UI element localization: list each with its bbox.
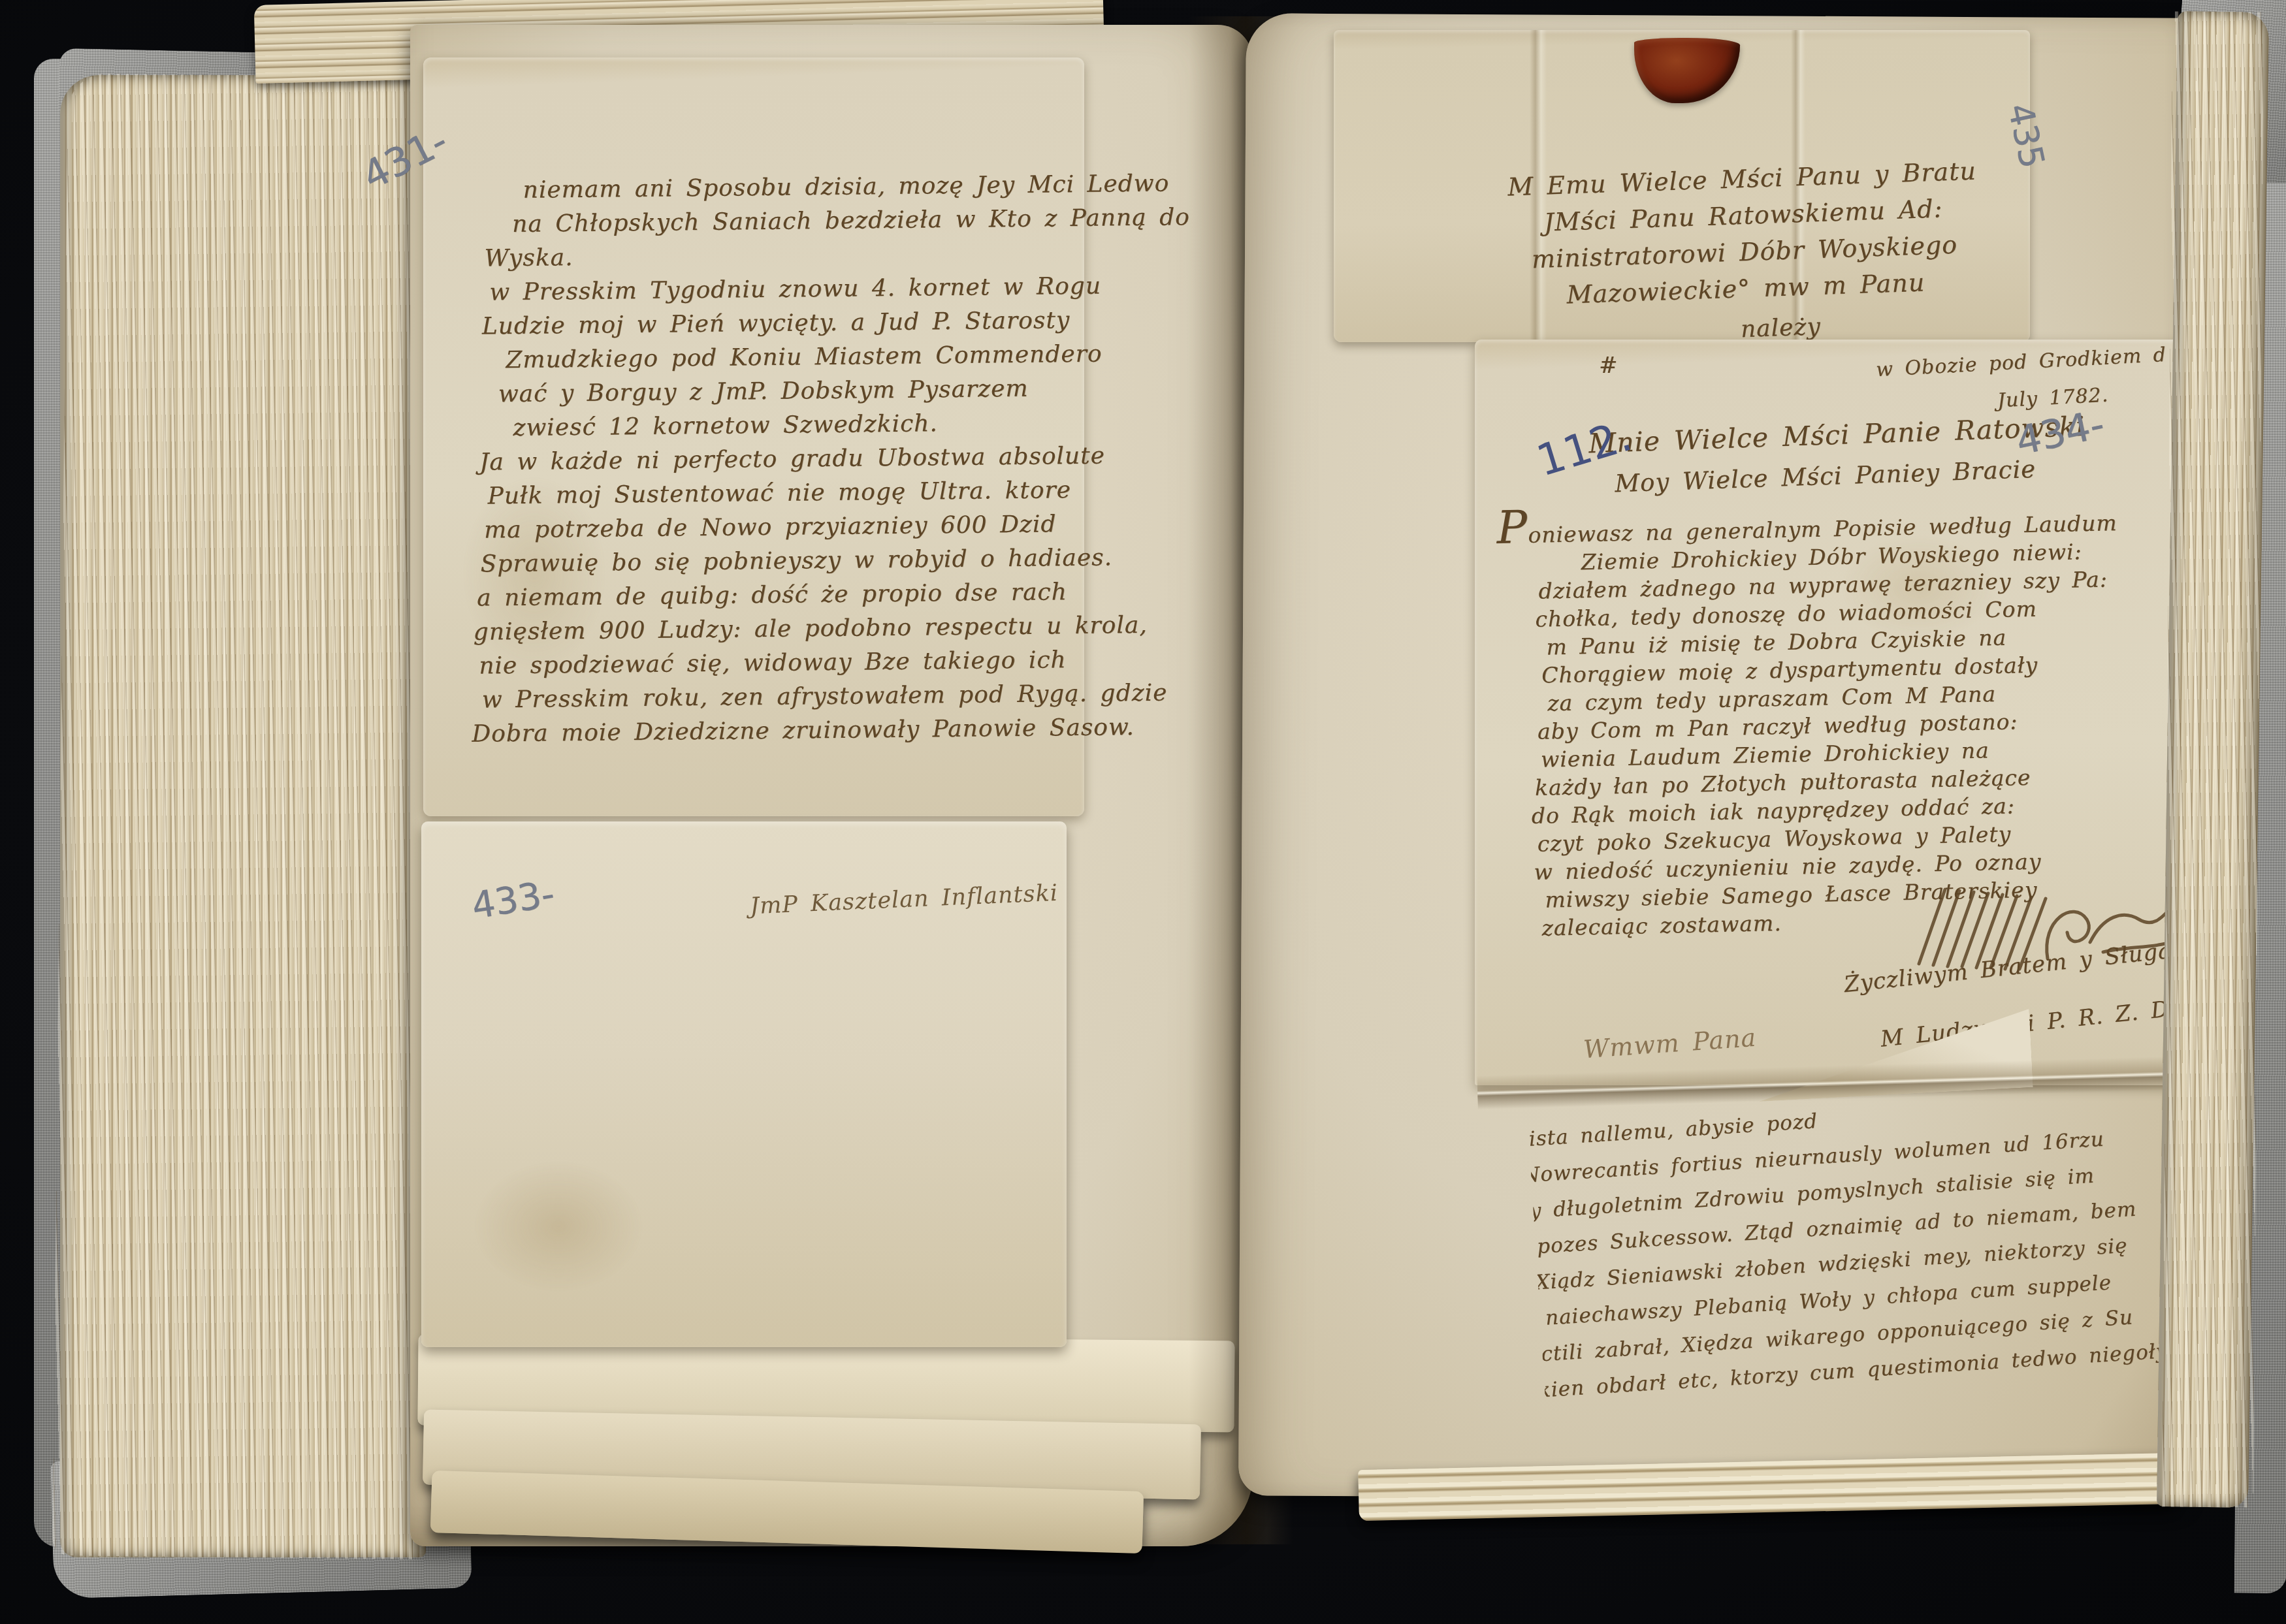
manuscript-line: Zmudzkiego pod Koniu Miastem Commendero bbox=[506, 338, 1070, 377]
manuscript-line: Sprawuię bo się pobnieyszy w robyid o ha… bbox=[480, 541, 1072, 581]
manuscript-line: na Chłopskych Saniach bezdzieła w Kto z … bbox=[512, 202, 1069, 242]
manuscript-line: Ja w każde ni perfecto gradu Ubostwa abs… bbox=[479, 439, 1071, 479]
right-letter-body: Poniewasz na generalnym Popisie według L… bbox=[1496, 507, 2184, 943]
manuscript-line: niemam ani Sposobu dzisia, mozę Jey Mci … bbox=[523, 168, 1068, 208]
manuscript-line: gnięsłem 900 Ludzy: ale podobno respectu… bbox=[473, 609, 1072, 650]
lower-letter-text: ista nallemu, abysie pozd Nowrecantis fo… bbox=[1528, 1081, 2198, 1409]
photo-of-open-archival-volume: 431- niemam ani Sposobu dzisia, mozę Jey… bbox=[0, 0, 2286, 1624]
address-direction-word: należy bbox=[1740, 313, 1821, 343]
hash-mark: # bbox=[1599, 353, 1618, 379]
paper-stain bbox=[474, 1161, 643, 1292]
right-page-edge-stack-texture bbox=[2162, 12, 2264, 1508]
manuscript-line: Wyska. bbox=[484, 236, 1069, 276]
manuscript-line: Pułk moj Sustentować nie mogę Ultra. kto… bbox=[487, 473, 1071, 513]
manuscript-line: a niemam de quibg: dość że propio dse ra… bbox=[477, 575, 1072, 616]
manuscript-line: ma potrzeba de Nowo przyiazniey 600 Dzid bbox=[484, 507, 1072, 547]
manuscript-line: Dobra moie Dziedzizne zruinowały Panowie… bbox=[472, 711, 1074, 752]
left-page-edge-stack-texture bbox=[52, 73, 434, 1559]
manuscript-line: zwiesć 12 kornetow Szwedzkich. bbox=[513, 406, 1071, 445]
address-text: M Emu Wielce Mści Panu y Bratu JMści Pan… bbox=[1480, 151, 2007, 316]
left-letter-text: niemam ani Sposobu dzisia, mozę Jey Mci … bbox=[454, 168, 1074, 752]
manuscript-line: Ludzie moj w Pień wycięty. a Jud P. Star… bbox=[482, 304, 1070, 343]
manuscript-line: w Presskim Tygodniu znowu 4. kornet w Ro… bbox=[489, 270, 1069, 310]
manuscript-line: w Presskim roku, zen afrystowałem pod Ry… bbox=[482, 677, 1074, 717]
manuscript-line: wać y Borguy z JmP. Dobskym Pysarzem bbox=[498, 372, 1071, 411]
manuscript-line: nie spodziewać się, widoway Bze takiego … bbox=[479, 643, 1073, 684]
